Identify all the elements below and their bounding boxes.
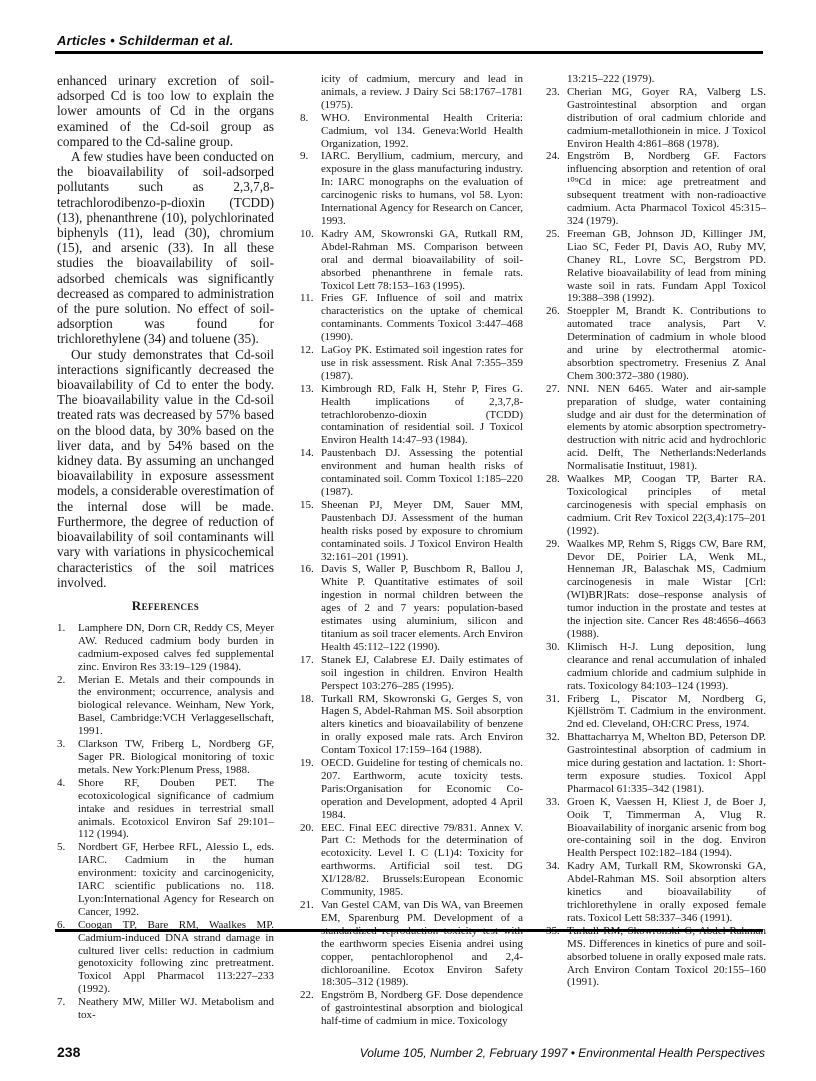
reference-number: 21. xyxy=(300,899,321,989)
reference-continuation: icity of cadmium, mercury and lead in an… xyxy=(321,73,523,112)
reference-item: 33.Groen K, Vaessen H, Kliest J, de Boer… xyxy=(546,796,766,861)
reference-text: Merian E. Metals and their compounds in … xyxy=(78,674,274,739)
reference-item: 22.Engström B, Nordberg GF. Dose depende… xyxy=(300,989,523,1028)
reference-number: 18. xyxy=(300,693,321,758)
reference-item: 17.Stanek EJ, Calabrese EJ. Daily estima… xyxy=(300,654,523,693)
reference-number: 31. xyxy=(546,693,567,732)
reference-item: 27.NNI. NEN 6465. Water and air-sample p… xyxy=(546,383,766,473)
reference-item: 30.Klimisch H-J. Lung deposition, lung c… xyxy=(546,641,766,693)
reference-text: Waalkes MP, Rehm S, Riggs CW, Bare RM, D… xyxy=(567,538,766,641)
reference-item: 24.Engström B, Nordberg GF. Factors infl… xyxy=(546,150,766,227)
reference-item: 19.OECD. Guideline for testing of chemic… xyxy=(300,757,523,822)
reference-item: 34.Kadry AM, Turkall RM, Skowronski GA, … xyxy=(546,860,766,925)
reference-number: 11. xyxy=(300,292,321,344)
reference-number: 24. xyxy=(546,150,567,227)
reference-item: 28.Waalkes MP, Coogan TP, Barter RA. Tox… xyxy=(546,473,766,538)
reference-number: 5. xyxy=(57,841,78,918)
reference-text: Engström B, Nordberg GF. Dose dependence… xyxy=(321,989,523,1028)
reference-number: 15. xyxy=(300,499,321,564)
reference-number: 9. xyxy=(300,150,321,227)
footer-journal-line: Volume 105, Number 2, February 1997 • En… xyxy=(360,1046,765,1060)
reference-number: 16. xyxy=(300,563,321,653)
body-paragraph: Our study demonstrates that Cd-soil inte… xyxy=(57,347,274,590)
footer-page-number: 238 xyxy=(57,1044,80,1060)
reference-item: 7.Neathery MW, Miller WJ. Metabolism and… xyxy=(57,996,274,1022)
reference-number: 7. xyxy=(57,996,78,1022)
text-column-3: 13:215–222 (1979).23.Cherian MG, Goyer R… xyxy=(546,73,766,989)
reference-number: 34. xyxy=(546,860,567,925)
reference-number: 14. xyxy=(300,447,321,499)
reference-number: 25. xyxy=(546,228,567,305)
reference-text: Clarkson TW, Friberg L, Nordberg GF, Sag… xyxy=(78,738,274,777)
reference-text: LaGoy PK. Estimated soil ingestion rates… xyxy=(321,344,523,383)
bottom-rule xyxy=(55,929,763,932)
reference-number: 35. xyxy=(546,925,567,990)
reference-number: 20. xyxy=(300,822,321,899)
reference-item: 15.Sheenan PJ, Meyer DM, Sauer MM, Paust… xyxy=(300,499,523,564)
reference-text: Shore RF, Douben PET. The ecotoxicologic… xyxy=(78,777,274,842)
reference-text: Lamphere DN, Dorn CR, Reddy CS, Meyer AW… xyxy=(78,622,274,674)
reference-item: 2.Merian E. Metals and their compounds i… xyxy=(57,674,274,739)
reference-text: Paustenbach DJ. Assessing the potential … xyxy=(321,447,523,499)
reference-number: 28. xyxy=(546,473,567,538)
text-column-1: enhanced urinary excretion of soil-adsor… xyxy=(57,73,274,1022)
reference-item: 1.Lamphere DN, Dorn CR, Reddy CS, Meyer … xyxy=(57,622,274,674)
reference-text: Sheenan PJ, Meyer DM, Sauer MM, Paustenb… xyxy=(321,499,523,564)
reference-text: OECD. Guideline for testing of chemicals… xyxy=(321,757,523,822)
reference-continuation: 13:215–222 (1979). xyxy=(567,73,766,86)
reference-number: 23. xyxy=(546,86,567,151)
reference-number: 2. xyxy=(57,674,78,739)
reference-number: 30. xyxy=(546,641,567,693)
reference-number: 17. xyxy=(300,654,321,693)
reference-item: 31.Friberg L, Piscator M, Nordberg G, Kj… xyxy=(546,693,766,732)
reference-item: 16.Davis S, Waller P, Buschbom R, Ballou… xyxy=(300,563,523,653)
reference-number: 27. xyxy=(546,383,567,473)
reference-text: Waalkes MP, Coogan TP, Barter RA. Toxico… xyxy=(567,473,766,538)
reference-text: Neathery MW, Miller WJ. Metabolism and t… xyxy=(78,996,274,1022)
reference-item: 9.IARC. Beryllium, cadmium, mercury, and… xyxy=(300,150,523,227)
reference-text: Turkall RM, Skowronski G, Abdel-Rahman M… xyxy=(567,925,766,990)
reference-item: 29.Waalkes MP, Rehm S, Riggs CW, Bare RM… xyxy=(546,538,766,641)
reference-text: Nordbert GF, Herbee RFL, Alessio L, eds.… xyxy=(78,841,274,918)
reference-item: 12.LaGoy PK. Estimated soil ingestion ra… xyxy=(300,344,523,383)
body-paragraph: A few studies have been conducted on the… xyxy=(57,149,274,347)
reference-item: 18.Turkall RM, Skowronski G, Gerges S, v… xyxy=(300,693,523,758)
text-column-2: icity of cadmium, mercury and lead in an… xyxy=(300,73,523,1028)
reference-item: 23.Cherian MG, Goyer RA, Valberg LS. Gas… xyxy=(546,86,766,151)
reference-number: 8. xyxy=(300,112,321,151)
reference-item: 25.Freeman GB, Johnson JD, Killinger JM,… xyxy=(546,228,766,305)
reference-text: Freeman GB, Johnson JD, Killinger JM, Li… xyxy=(567,228,766,305)
reference-text: Van Gestel CAM, van Dis WA, van Breemen … xyxy=(321,899,523,989)
body-paragraph: enhanced urinary excretion of soil-adsor… xyxy=(57,73,274,149)
reference-number: 4. xyxy=(57,777,78,842)
reference-number: 19. xyxy=(300,757,321,822)
reference-number: 32. xyxy=(546,731,567,796)
references-heading: References xyxy=(57,598,274,614)
reference-number: 12. xyxy=(300,344,321,383)
reference-number: 13. xyxy=(300,383,321,448)
reference-item: 3.Clarkson TW, Friberg L, Nordberg GF, S… xyxy=(57,738,274,777)
reference-text: Davis S, Waller P, Buschbom R, Ballou J,… xyxy=(321,563,523,653)
reference-text: Kimbrough RD, Falk H, Stehr P, Fires G. … xyxy=(321,383,523,448)
reference-text: Friberg L, Piscator M, Nordberg G, Kjëll… xyxy=(567,693,766,732)
reference-item: 26.Stoeppler M, Brandt K. Contributions … xyxy=(546,305,766,382)
reference-number: 10. xyxy=(300,228,321,293)
reference-item: 11.Fries GF. Influence of soil and matri… xyxy=(300,292,523,344)
reference-number: 33. xyxy=(546,796,567,861)
running-head: Articles • Schilderman et al. xyxy=(57,33,234,48)
reference-text: Kadry AM, Skowronski GA, Rutkall RM, Abd… xyxy=(321,228,523,293)
header-rule xyxy=(55,51,763,54)
reference-item: 13.Kimbrough RD, Falk H, Stehr P, Fires … xyxy=(300,383,523,448)
reference-number: 29. xyxy=(546,538,567,641)
reference-text: NNI. NEN 6465. Water and air-sample prep… xyxy=(567,383,766,473)
reference-text: Kadry AM, Turkall RM, Skowronski GA, Abd… xyxy=(567,860,766,925)
reference-item: 35.Turkall RM, Skowronski G, Abdel-Rahma… xyxy=(546,925,766,990)
reference-item: 5.Nordbert GF, Herbee RFL, Alessio L, ed… xyxy=(57,841,274,918)
reference-number: 3. xyxy=(57,738,78,777)
reference-number: 26. xyxy=(546,305,567,382)
reference-text: WHO. Environmental Health Criteria: Cadm… xyxy=(321,112,523,151)
reference-number: 22. xyxy=(300,989,321,1028)
reference-text: Cherian MG, Goyer RA, Valberg LS. Gastro… xyxy=(567,86,766,151)
reference-text: Stanek EJ, Calabrese EJ. Daily estimates… xyxy=(321,654,523,693)
reference-text: Stoeppler M, Brandt K. Contributions to … xyxy=(567,305,766,382)
reference-text: Klimisch H-J. Lung deposition, lung clea… xyxy=(567,641,766,693)
reference-text: EEC. Final EEC directive 79/831. Annex V… xyxy=(321,822,523,899)
reference-number: 1. xyxy=(57,622,78,674)
reference-item: 32.Bhattacharrya M, Whelton BD, Peterson… xyxy=(546,731,766,796)
reference-text: IARC. Beryllium, cadmium, mercury, and e… xyxy=(321,150,523,227)
reference-item: 21.Van Gestel CAM, van Dis WA, van Breem… xyxy=(300,899,523,989)
journal-page: Articles • Schilderman et al. enhanced u… xyxy=(0,0,816,1081)
reference-text: Fries GF. Influence of soil and matrix c… xyxy=(321,292,523,344)
reference-item: 10.Kadry AM, Skowronski GA, Rutkall RM, … xyxy=(300,228,523,293)
reference-text: Groen K, Vaessen H, Kliest J, de Boer J,… xyxy=(567,796,766,861)
reference-item: 20.EEC. Final EEC directive 79/831. Anne… xyxy=(300,822,523,899)
reference-text: Bhattacharrya M, Whelton BD, Peterson DP… xyxy=(567,731,766,796)
reference-text: Turkall RM, Skowronski G, Gerges S, von … xyxy=(321,693,523,758)
reference-item: 4.Shore RF, Douben PET. The ecotoxicolog… xyxy=(57,777,274,842)
reference-item: 8.WHO. Environmental Health Criteria: Ca… xyxy=(300,112,523,151)
reference-item: 14.Paustenbach DJ. Assessing the potenti… xyxy=(300,447,523,499)
reference-text: Engström B, Nordberg GF. Factors influen… xyxy=(567,150,766,227)
